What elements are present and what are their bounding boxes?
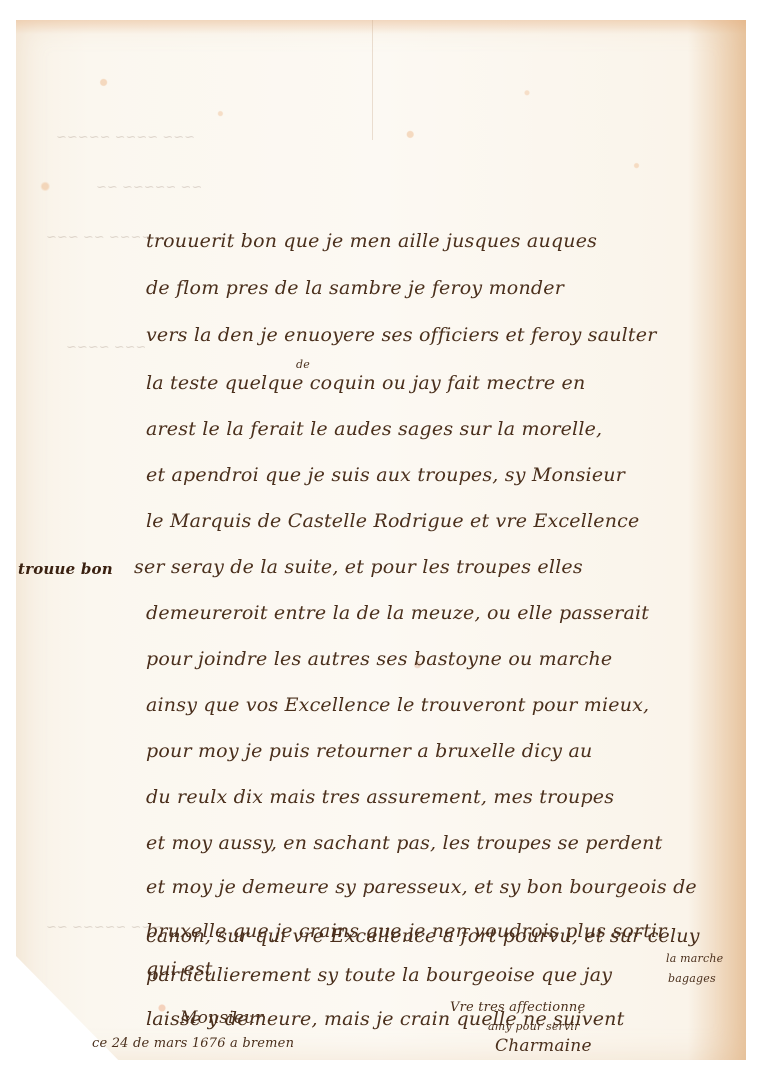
letter-line: et moy aussy, en sachant pas, les troupe… (146, 832, 662, 854)
interlinear-note: bagages (668, 972, 716, 985)
signature: Charmaine (495, 1036, 592, 1056)
letter-line: pour joindre les autres ses bastoyne ou … (146, 648, 612, 670)
letter-line: du reulx dix mais tres assurement, mes t… (146, 786, 614, 808)
letter-line: le Marquis de Castelle Rodrigue et vre E… (146, 510, 639, 532)
show-through-text: ~~ ~~~~~ ~~ (96, 180, 202, 195)
show-through-text: ~~~ ~~~~ ~~~~~ (56, 130, 195, 145)
letter-line: arest le la ferait le audes sages sur la… (146, 418, 602, 440)
letter-line: trouuerit bon que je men aille jusques a… (146, 230, 597, 252)
interlinear-note: la marche (666, 952, 723, 965)
letter-line: vers la den je enuoyere ses officiers et… (146, 324, 657, 346)
letter-line: et apendroi que je suis aux troupes, sy … (146, 464, 625, 486)
letter-line-last: qui est (146, 958, 213, 980)
margin-note: trouue bon (18, 560, 113, 578)
letter-line: la teste quelque coquin ou jay fait mect… (146, 372, 585, 394)
letter-line: et moy je demeure sy paresseux, et sy bo… (146, 876, 697, 898)
salutation: Monsieur (180, 1008, 264, 1028)
show-through-text: ~~~ ~~~~ (66, 340, 146, 355)
letter-line-canon: canon, sur qui vre Excellence a fort pou… (146, 925, 700, 947)
dateline: ce 24 de mars 1676 a bremen (92, 1036, 294, 1051)
letter-line: ainsy que vos Excellence le trouveront p… (146, 694, 649, 716)
fold-crease (372, 20, 373, 140)
closing-line: amy pour servir (488, 1020, 580, 1033)
letter-line: ser seray de la suite, et pour les troup… (134, 556, 583, 578)
letter-line: de flom pres de la sambre je feroy monde… (146, 277, 564, 299)
letter-line: particulierement sy toute la bourgeoise … (146, 964, 612, 986)
letter-line: pour moy je puis retourner a bruxelle di… (146, 740, 592, 762)
interlinear-note: de (296, 358, 310, 371)
show-through-text: ~~~~ ~~ ~~~ (46, 230, 152, 245)
letter-line: demeureroit entre la de la meuze, ou ell… (146, 602, 649, 624)
closing-line: Vre tres affectionne (450, 1000, 585, 1015)
letter-paper: ~~~ ~~~~ ~~~~~ ~~ ~~~~~ ~~ ~~~~ ~~ ~~~ ~… (16, 20, 746, 1060)
